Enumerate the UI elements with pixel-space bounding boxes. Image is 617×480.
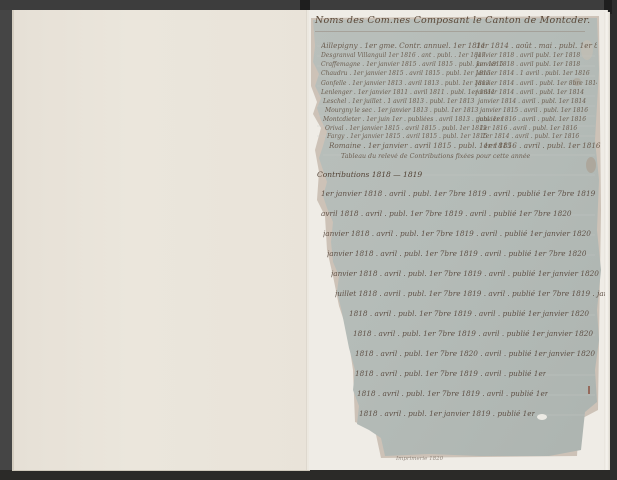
scanner-backdrop-right — [610, 0, 617, 480]
manuscript-line: 1818 . avril . publ. 1er 7bre 1820 . avr… — [355, 349, 595, 358]
manuscript-line: 1818 . avril . publ. 1er 7bre 1819 . avr… — [349, 309, 589, 318]
manuscript-line: 1818 . avril . publ. 1er janvier 1819 . … — [359, 409, 535, 418]
manuscript-line: janvier 1818 . avril . publ. 1er 7bre 18… — [331, 269, 599, 278]
register-row: Craffemagne . 1er janvier 1815 . avril 1… — [321, 61, 597, 68]
scanner-backdrop-left — [0, 0, 12, 480]
manuscript-line: avril 1818 . avril . publ. 1er 7bre 1819… — [321, 209, 572, 218]
register-title: Noms des Com.nes Composant le Canton de … — [315, 15, 590, 26]
manuscript-text: Noms des Com.nes Composant le Canton de … — [309, 10, 605, 470]
register-row: Desgranval Villanguil 1er 1816 . ant . p… — [321, 52, 597, 59]
manuscript-line: 1818 . avril . publ. 1er 7bre 1819 . avr… — [353, 329, 593, 338]
register-row: Leschel . 1er juillet . 1 avril 1813 . p… — [323, 98, 599, 105]
register-row: Mourgny le sec . 1er janvier 1813 . publ… — [325, 107, 601, 114]
manuscript-line: janvier 1818 . avril . publ. 1er 7bre 18… — [323, 229, 591, 238]
register-row: Lenlenger . 1er janvier 1811 . avril 181… — [321, 89, 597, 96]
manuscript-line: 1er janvier 1818 . avril . publ. 1er 7br… — [321, 189, 595, 198]
register-row: Montcdieter . 1er juin 1er . publiées . … — [323, 116, 599, 123]
manuscript-line: 1818 . avril . publ. 1er 7bre 1819 . avr… — [355, 369, 546, 378]
register-row: Aillepigny . 1er gme. Contr. annuel. 1er… — [321, 41, 597, 50]
left-page-blank — [12, 10, 310, 470]
scanner-backdrop-bottom — [0, 470, 617, 480]
footer-stamp: Imprimerie 1820 — [396, 456, 443, 462]
manuscript-line: 1818 . avril . publ. 1er 7bre 1819 . avr… — [357, 389, 548, 398]
register-row: Gonfelle . 1er janvier 1813 . avril 1813… — [321, 80, 597, 87]
register-row: Fargy . 1er janvier 1815 . avril 1815 . … — [327, 133, 603, 140]
table-subheading: Tableau du relevé de Contributions fixée… — [341, 153, 530, 160]
section-heading: Contributions 1818 — 1819 — [317, 170, 422, 179]
register-row: Chaudru . 1er janvier 1815 . avril 1815 … — [321, 70, 597, 77]
scanned-document: Noms des Com.nes Composant le Canton de … — [0, 0, 617, 480]
manuscript-line: janvier 1818 . avril . publ. 1er 7bre 18… — [327, 249, 586, 258]
manuscript-line: juillet 1818 . avril . publ. 1er 7bre 18… — [335, 289, 605, 298]
title-underline — [315, 31, 585, 32]
register-row: Orival . 1er janvier 1815 . avril 1815 .… — [325, 125, 601, 132]
register-row: Romaine . 1er janvier . avril 1815 . pub… — [329, 141, 605, 150]
